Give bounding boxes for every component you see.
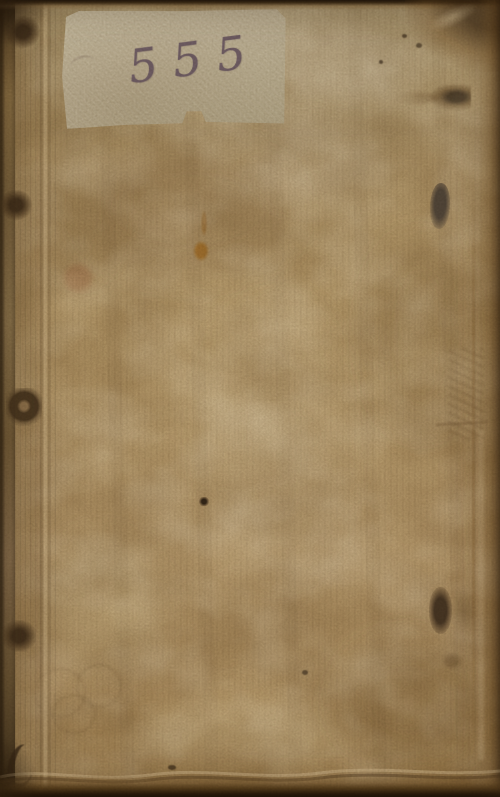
book-cover-photo: 555 [0,0,500,797]
bottom-left-corner-shadow [0,735,42,797]
top-left-corner-shadow [0,0,50,46]
spine-tie-knot [6,388,42,426]
faint-pen-mark [68,53,98,77]
bottom-board-edge [0,775,500,797]
clasp-tie-remnant [429,587,452,634]
fore-edge-shadow [478,0,500,797]
shelfmark-label: 555 [61,9,286,129]
spine-tie-knot [0,190,32,220]
spine-tie-knot [2,620,36,652]
shelfmark-number: 555 [126,23,291,89]
